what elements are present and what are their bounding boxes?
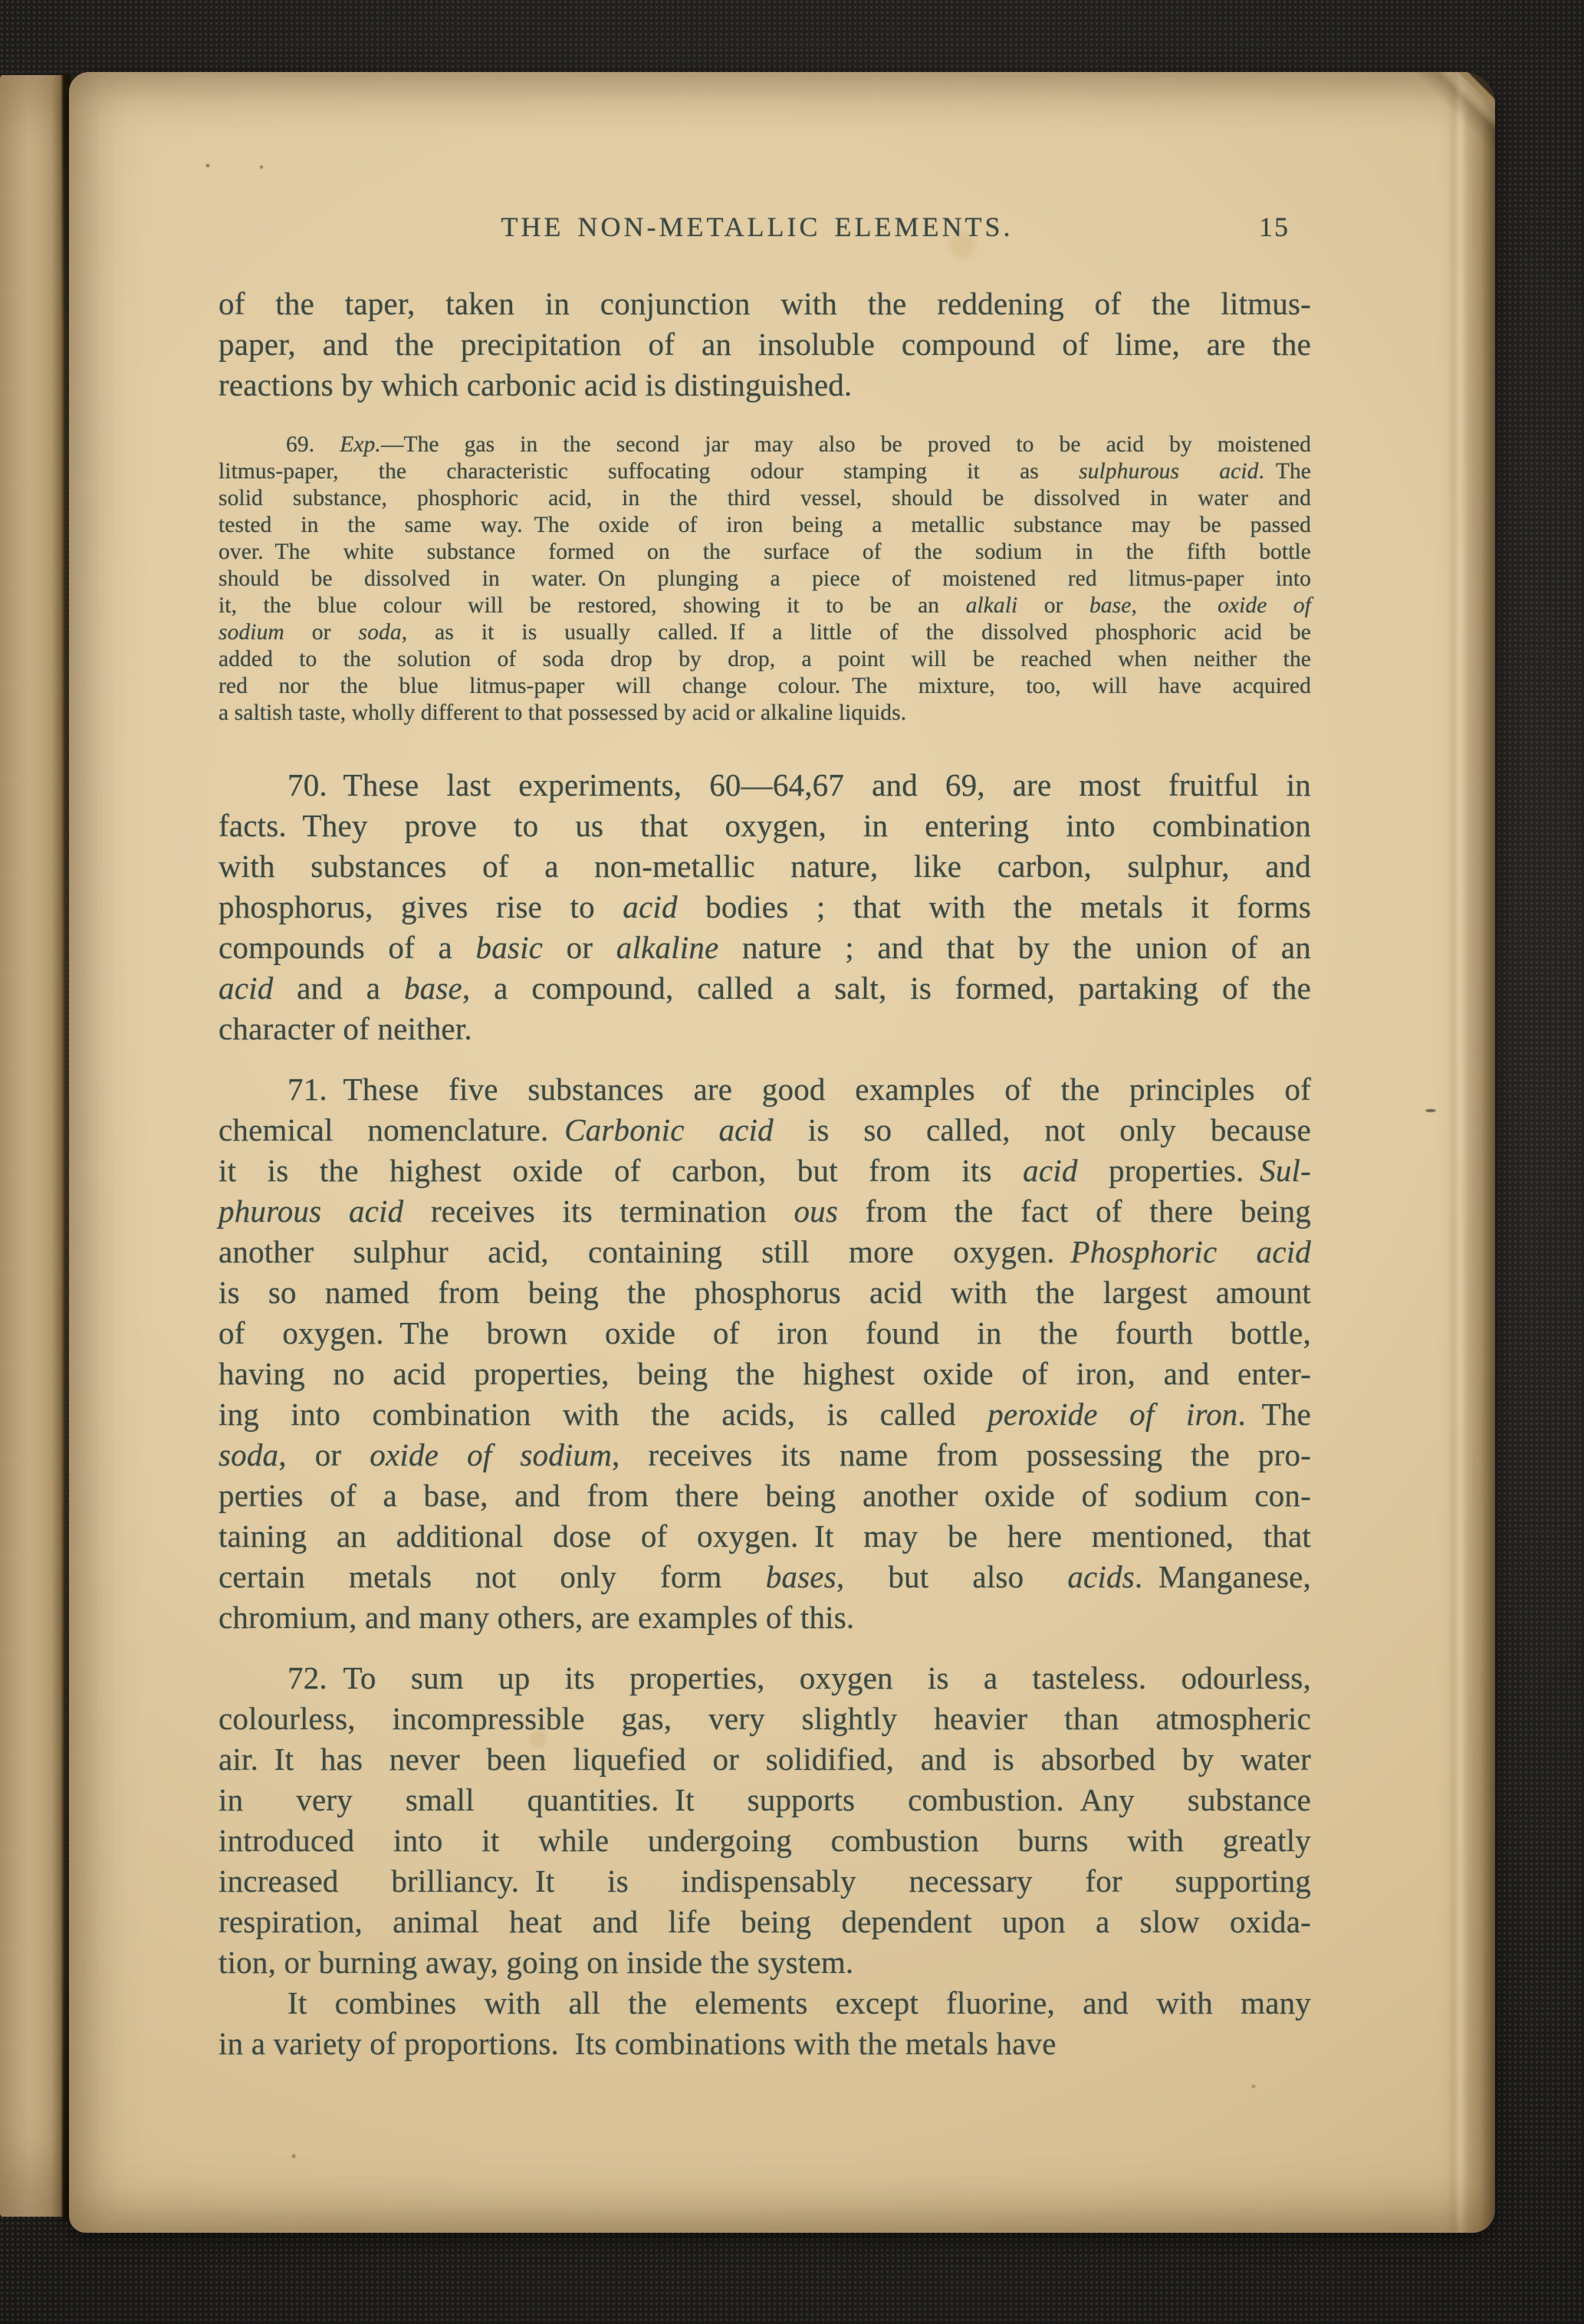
text-line: acid and a base, a compound, called a sa… [219,968,1311,1009]
text-body: of the taper, taken in conjunction with … [219,284,1311,2064]
text-line: 69. Exp.—The gas in the second jar may a… [219,432,1311,458]
text-line: having no acid properties, being the hig… [219,1354,1311,1394]
text-line: added to the solution of soda drop by dr… [219,646,1311,673]
text-line: phurous acid receives its termination ou… [219,1191,1311,1232]
text-line: sodium or soda, as it is usually called.… [219,619,1311,646]
text-line: over. The white substance formed on the … [219,539,1311,566]
text-line: a saltish taste, wholly different to tha… [219,700,1311,727]
scanner-bed-background: { "scan": { "colors": { "cloth": "#24222… [0,0,1584,2324]
text-line: solid substance, phosphoric acid, in the… [219,485,1311,512]
paragraph: 69. Exp.—The gas in the second jar may a… [219,432,1311,727]
text-line: phosphorus, gives rise to acid bodies ; … [219,887,1311,927]
text-line: is so named from being the phosphorus ac… [219,1272,1311,1313]
previous-page-edge [0,75,64,2217]
paragraph: 71. These five substances are good examp… [219,1069,1311,1638]
text-line: facts. They prove to us that oxygen, in … [219,806,1311,846]
text-line: of the taper, taken in conjunction with … [219,284,1311,324]
text-line: ing into combination with the acids, is … [219,1394,1311,1435]
paragraph: of the taper, taken in conjunction with … [219,284,1311,405]
text-line: soda, or oxide of sodium, receives its n… [219,1435,1311,1475]
text-line: reactions by which carbonic acid is dist… [219,365,1311,405]
fore-edge-page-stack [1446,72,1495,2233]
text-line: it is the highest oxide of carbon, but f… [219,1151,1311,1191]
text-line: respiration, animal heat and life being … [219,1902,1311,1942]
text-line: perties of a base, and from there being … [219,1475,1311,1516]
text-line: with substances of a non-metallic nature… [219,846,1311,887]
text-line: in a variety of proportions. Its combina… [219,2024,1311,2064]
text-line: It combines with all the elements except… [219,1983,1311,2024]
text-line: air. It has never been liquefied or soli… [219,1739,1311,1780]
text-line: certain metals not only form bases, but … [219,1557,1311,1597]
text-line: character of neither. [219,1009,1311,1049]
text-line: of oxygen. The brown oxide of iron found… [219,1313,1311,1354]
text-line: colourless, incompressible gas, very sli… [219,1699,1311,1739]
text-line: in very small quantities. It supports co… [219,1780,1311,1820]
text-line: tion, or burning away, going on inside t… [219,1942,1311,1983]
corner-curl [1380,72,1495,172]
text-line: chromium, and many others, are examples … [219,1597,1311,1638]
text-line: compounds of a basic or alkaline nature … [219,927,1311,968]
text-line: taining an additional dose of oxygen. It… [219,1516,1311,1557]
text-line: 70. These last experiments, 60—64,67 and… [219,765,1311,806]
running-header: THE NON-METALLIC ELEMENTS. 15 [219,210,1311,244]
page-title: THE NON-METALLIC ELEMENTS. [211,210,1303,244]
text-line: introduced into it while undergoing comb… [219,1820,1311,1861]
paragraph: 72. To sum up its properties, oxygen is … [219,1658,1311,1983]
text-line: tested in the same way. The oxide of iro… [219,512,1311,539]
text-line: red nor the blue litmus-paper will chang… [219,673,1311,700]
text-line: increased brilliancy. It is indispensabl… [219,1861,1311,1902]
book-page: THE NON-METALLIC ELEMENTS. 15 of the tap… [69,72,1495,2233]
text-line: chemical nomenclature. Carbonic acid is … [219,1110,1311,1151]
text-line: litmus-paper, the characteristic suffoca… [219,458,1311,485]
text-line: it, the blue colour will be restored, sh… [219,592,1311,619]
text-line: another sulphur acid, containing still m… [219,1232,1311,1272]
text-line: should be dissolved in water. On plungin… [219,566,1311,592]
text-line: 72. To sum up its properties, oxygen is … [219,1658,1311,1699]
page-content: THE NON-METALLIC ELEMENTS. 15 of the tap… [219,210,1311,2064]
page-number: 15 [1259,210,1290,244]
text-line: paper, and the precipitation of an insol… [219,324,1311,365]
paragraph: 70. These last experiments, 60—64,67 and… [219,765,1311,1049]
paragraph: It combines with all the elements except… [219,1983,1311,2064]
text-line: 71. These five substances are good examp… [219,1069,1311,1110]
